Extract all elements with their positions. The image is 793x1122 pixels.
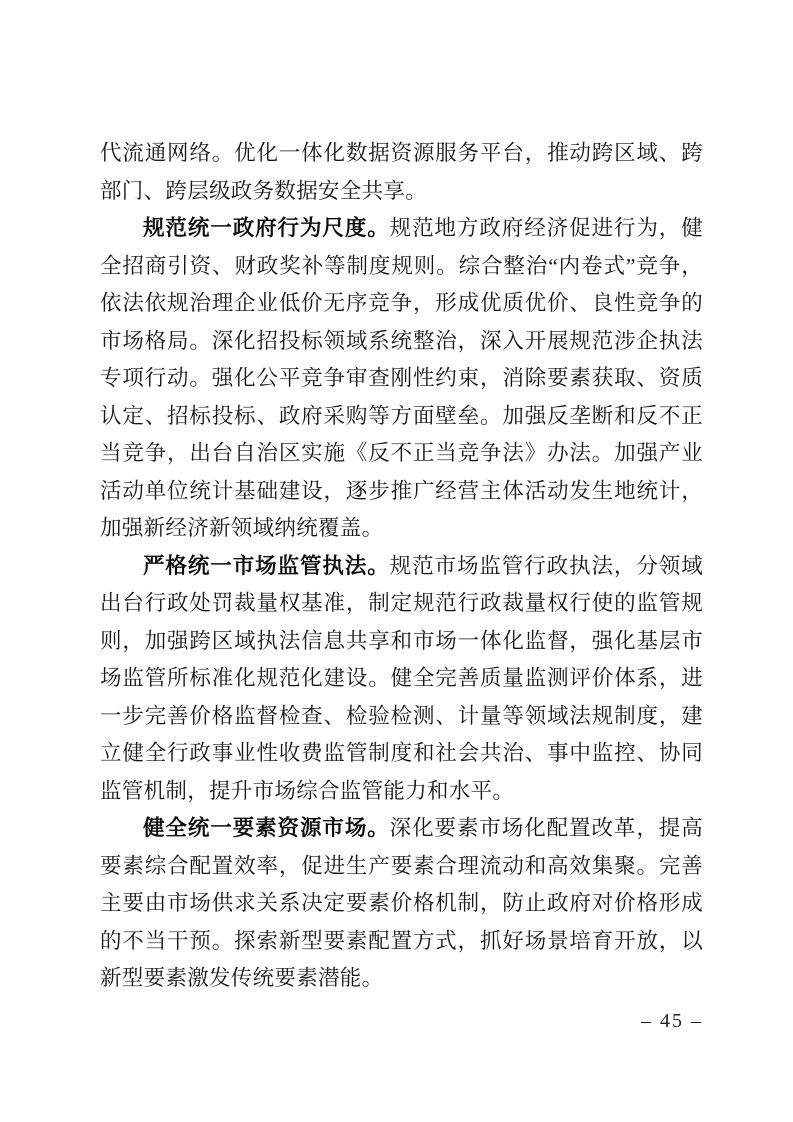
paragraph-continuation: 代流通网络。优化一体化数据资源服务平台，推动跨区域、跨部门、跨层级政务数据安全共…: [100, 135, 703, 210]
paragraph-lead: 规范统一政府行为尺度。: [143, 216, 390, 240]
paragraph-factor-market: 健全统一要素资源市场。深化要素市场化配置改革，提高要素综合配置效率，促进生产要素…: [100, 810, 703, 998]
paragraph-text: 规范地方政府经济促进行为，健全招商引资、财政奖补等制度规则。综合整治“内卷式”竞…: [100, 216, 703, 540]
document-page: 代流通网络。优化一体化数据资源服务平台，推动跨区域、跨部门、跨层级政务数据安全共…: [0, 0, 793, 1122]
paragraph-text: 规范市场监管行政执法，分领域出台行政处罚裁量权基准，制定规范行政裁量权行使的监管…: [100, 554, 703, 803]
page-footer: – 45 –: [100, 1006, 703, 1036]
paragraph-lead: 健全统一要素资源市场。: [143, 816, 390, 840]
paragraph-lead: 严格统一市场监管执法。: [143, 554, 390, 578]
page-number: – 45 –: [641, 1010, 703, 1032]
paragraph-text: 代流通网络。优化一体化数据资源服务平台，推动跨区域、跨部门、跨层级政务数据安全共…: [100, 141, 703, 203]
paragraph-govt-behavior: 规范统一政府行为尺度。规范地方政府经济促进行为，健全招商引资、财政奖补等制度规则…: [100, 210, 703, 548]
paragraph-market-regulation: 严格统一市场监管执法。规范市场监管行政执法，分领域出台行政处罚裁量权基准，制定规…: [100, 548, 703, 811]
document-body: 代流通网络。优化一体化数据资源服务平台，推动跨区域、跨部门、跨层级政务数据安全共…: [100, 135, 703, 998]
paragraph-text: 深化要素市场化配置改革，提高要素综合配置效率，促进生产要素合理流动和高效集聚。完…: [100, 816, 703, 990]
